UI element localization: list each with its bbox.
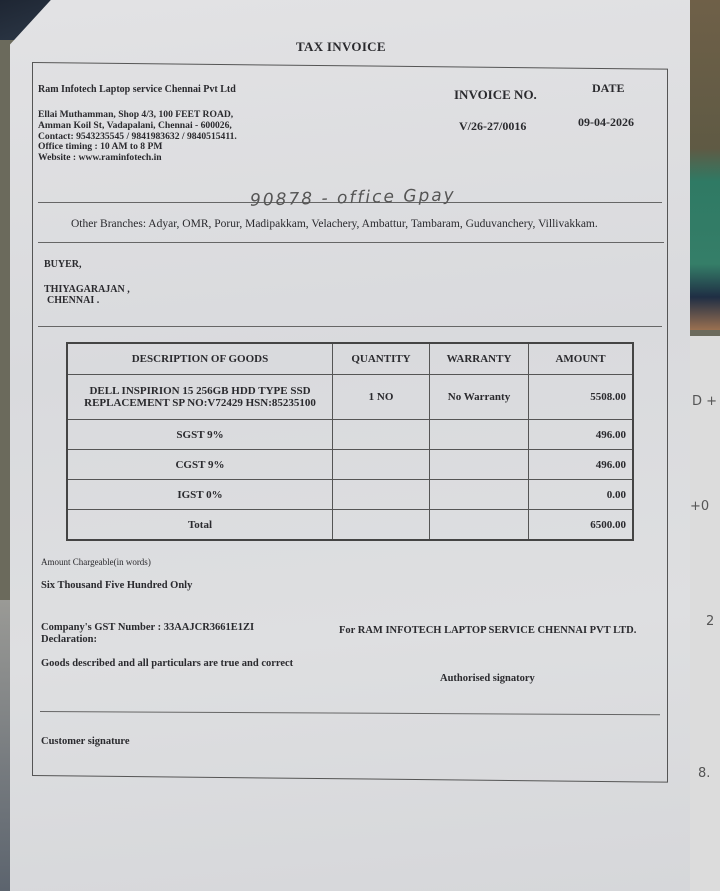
tax-label: CGST 9%: [67, 450, 333, 480]
tax-amount: 496.00: [529, 450, 634, 480]
company-address: Ellai Muthamman, Shop 4/3, 100 FEET ROAD…: [38, 110, 237, 164]
table-row: CGST 9% 496.00: [67, 450, 633, 480]
company-name: Ram Infotech Laptop service Chennai Pvt …: [38, 84, 236, 95]
amount-in-words: Six Thousand Five Hundred Only: [41, 580, 192, 591]
for-company: For RAM INFOTECH LAPTOP SERVICE CHENNAI …: [339, 625, 636, 636]
date-label: DATE: [592, 81, 624, 96]
amount-words-label: Amount Chargeable(in words): [41, 557, 151, 567]
tax-label: IGST 0%: [67, 480, 333, 510]
tax-amount: 0.00: [529, 480, 634, 510]
margin-note: +0: [690, 499, 709, 514]
item-description-line: REPLACEMENT SP NO:V72429 HSN:85235100: [74, 397, 326, 409]
empty-cell: [430, 510, 529, 541]
divider: [38, 242, 664, 243]
invoice-number: V/26-27/0016: [459, 119, 526, 134]
item-description-line: DELL INSPIRION 15 256GB HDD TYPE SSD: [74, 385, 326, 397]
header-amount: AMOUNT: [529, 343, 634, 375]
declaration-label: Declaration:: [41, 634, 254, 646]
total-amount: 6500.00: [529, 510, 634, 541]
item-description: DELL INSPIRION 15 256GB HDD TYPE SSD REP…: [67, 375, 333, 420]
margin-note: D +: [692, 394, 717, 409]
document-title: TAX INVOICE: [296, 39, 386, 55]
header-description: DESCRIPTION OF GOODS: [67, 343, 333, 375]
table-row: SGST 9% 496.00: [67, 420, 633, 450]
tax-amount: 496.00: [529, 420, 634, 450]
buyer-details: THIYAGARAJAN , CHENNAI .: [44, 284, 130, 306]
invoice-number-label: INVOICE NO.: [454, 87, 537, 103]
table-row-total: Total 6500.00: [67, 510, 633, 541]
address-line: Amman Koil St, Vadapalani, Chennai - 600…: [38, 121, 237, 132]
empty-cell: [333, 510, 430, 541]
invoice-date: 09-04-2026: [578, 115, 634, 130]
underlying-sheet: D + +0 2 8.: [688, 336, 720, 891]
empty-cell: [430, 450, 529, 480]
authorised-signatory: Authorised signatory: [440, 673, 535, 684]
item-quantity: 1 NO: [333, 375, 430, 420]
empty-cell: [333, 450, 430, 480]
tax-label: SGST 9%: [67, 420, 333, 450]
item-warranty: No Warranty: [430, 375, 529, 420]
background-right-scene: [688, 0, 720, 330]
table-row: DELL INSPIRION 15 256GB HDD TYPE SSD REP…: [67, 375, 633, 420]
gst-number: Company's GST Number : 33AAJCR3661E1ZI: [41, 622, 254, 634]
empty-cell: [333, 420, 430, 450]
empty-cell: [333, 480, 430, 510]
website: Website : www.raminfotech.in: [38, 153, 237, 164]
total-label: Total: [67, 510, 333, 541]
customer-signature: Customer signature: [41, 736, 130, 747]
margin-note: 2: [706, 614, 714, 629]
header-warranty: WARRANTY: [430, 343, 529, 375]
empty-cell: [430, 420, 529, 450]
divider: [38, 326, 662, 327]
buyer-name: THIYAGARAJAN ,: [44, 284, 130, 295]
other-branches: Other Branches: Adyar, OMR, Porur, Madip…: [71, 218, 598, 230]
empty-cell: [430, 480, 529, 510]
table-row: IGST 0% 0.00: [67, 480, 633, 510]
buyer-label: BUYER,: [44, 259, 82, 270]
items-table: DESCRIPTION OF GOODS QUANTITY WARRANTY A…: [66, 342, 634, 541]
buyer-city: CHENNAI .: [44, 295, 130, 306]
gst-block: Company's GST Number : 33AAJCR3661E1ZI D…: [41, 622, 254, 645]
header-quantity: QUANTITY: [333, 343, 430, 375]
table-header-row: DESCRIPTION OF GOODS QUANTITY WARRANTY A…: [67, 343, 633, 375]
declaration-text: Goods described and all particulars are …: [41, 658, 293, 669]
margin-note: 8.: [698, 766, 710, 781]
item-amount: 5508.00: [529, 375, 634, 420]
